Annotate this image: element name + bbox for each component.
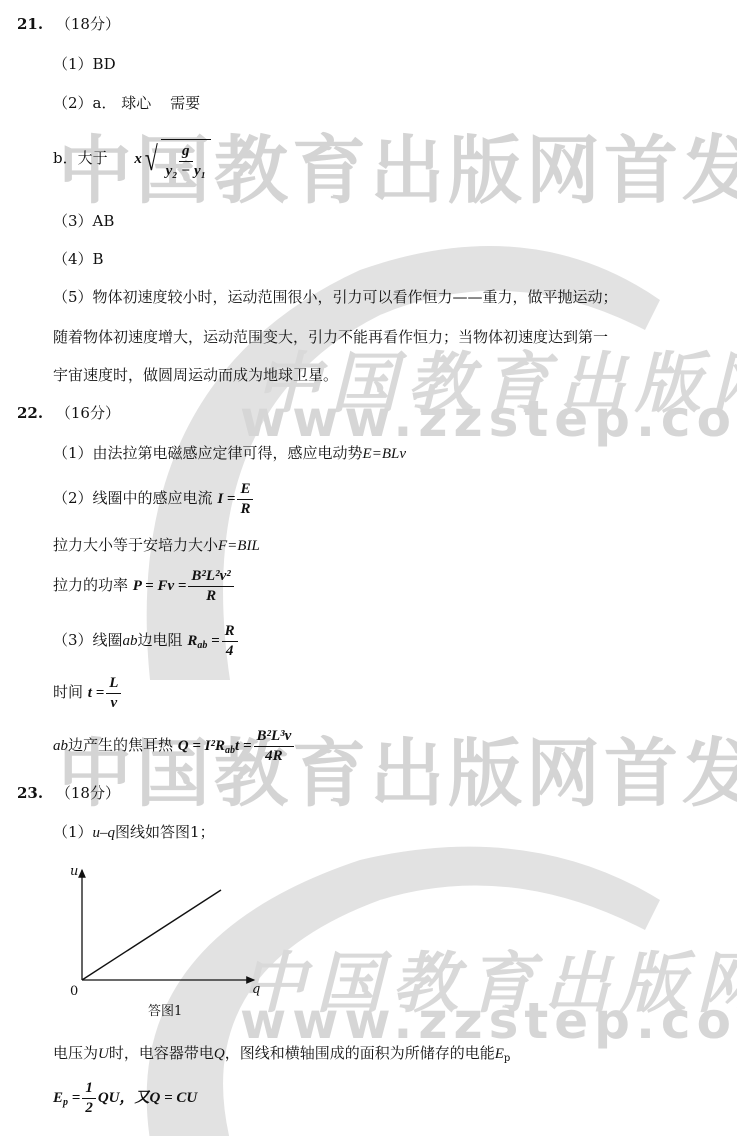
q23-formula-rest: QU，又Q = CU	[98, 1090, 197, 1106]
q23-points: （18分）	[56, 784, 120, 802]
frac-den: R	[203, 587, 219, 606]
q22-part3-text2: 边电阻	[138, 631, 183, 649]
q22-part2c-frac: B²L²v²R	[188, 567, 233, 606]
q22-part3b: 时间 t =Lv	[53, 672, 123, 713]
energy-u: U	[98, 1046, 109, 1062]
answer-document: 21. （18分） （1）BD （2）a． 球心 需要 b．大于 x√gy₂ −…	[0, 0, 737, 1136]
frac-den: 4	[223, 642, 237, 661]
x-axis-label: q	[252, 982, 260, 997]
q23-formula-lhs: Ep =	[53, 1090, 80, 1106]
q23-formula: Ep =12QU，又Q = CU	[53, 1077, 197, 1123]
q22-part3c-text: 边产生的焦耳热	[68, 736, 173, 754]
sqrt-icon: √gy₂ − y₁	[142, 139, 211, 181]
q22-part1-formula: E=BLv	[363, 446, 406, 462]
chart-caption: 答图1	[148, 1000, 182, 1019]
frac-num: L	[106, 674, 121, 694]
q22-part3b-text: 时间	[53, 683, 83, 701]
uq-line	[82, 890, 221, 980]
energy-ep: E	[495, 1046, 504, 1062]
q23-part1-var: u–q	[93, 825, 116, 841]
frac-den: R	[237, 500, 253, 519]
q22-part3-frac: R4	[222, 622, 238, 661]
formula-x: x	[134, 151, 142, 167]
q21-part2b-label: b．大于	[53, 149, 108, 167]
q22-part3b-lhs: t =	[88, 685, 104, 701]
q22-part2-text: （2）线圈中的感应电流	[53, 489, 213, 507]
q22-part3c-frac: B²L³v4R	[254, 727, 295, 766]
energy-ep-sub: p	[504, 1053, 510, 1064]
q22-part2c: 拉力的功率 P = Fv =B²L²v²R	[53, 565, 236, 606]
q21-part5-line1: （5）物体初速度较小时，运动范围很小，引力可以看作恒力——重力，做平抛运动；	[53, 287, 618, 307]
q21-part5-line3: 宇宙速度时，做圆周运动而成为地球卫星。	[53, 365, 338, 385]
q21-part4: （4）B	[53, 249, 104, 269]
q21-part2b: b．大于 x√gy₂ − y₁	[53, 138, 211, 181]
q-lhs: Q = I²R	[178, 738, 225, 754]
q-mid: t =	[235, 738, 251, 754]
q21-header: 21. （18分）	[17, 14, 120, 34]
q22-part2c-text: 拉力的功率	[53, 576, 128, 594]
energy-text-b: 时，电容器带电	[109, 1044, 214, 1062]
q22-part3c-ab: ab	[53, 738, 68, 754]
q21-part2a-answer1: 球心	[121, 94, 151, 112]
q22-part3b-frac: Lv	[106, 674, 121, 713]
q22-part2b-text: 拉力大小等于安培力大小	[53, 536, 218, 554]
q21-part5-line2: 随着物体初速度增大，运动范围变大，引力不能再看作恒力；当物体初速度达到第一	[53, 327, 608, 347]
q22-part2c-lhs: P = Fv =	[133, 578, 187, 594]
energy-text-c: ，图线和横轴围成的面积为所储存的电能	[225, 1044, 495, 1062]
q23-formula-frac: 12	[82, 1079, 96, 1118]
y-axis-label: u	[70, 864, 78, 879]
frac-num: B²L²v²	[188, 567, 233, 587]
energy-text-a: 电压为	[53, 1044, 98, 1062]
q22-part1-text: （1）由法拉第电磁感应定律可得，感应电动势	[53, 444, 363, 462]
q22-part1: （1）由法拉第电磁感应定律可得，感应电动势E=BLv	[53, 443, 406, 464]
ep-sub: p	[63, 1097, 68, 1108]
q22-part2b-formula: F=BIL	[218, 538, 260, 554]
equals: =	[211, 633, 220, 649]
q22-header: 22. （16分）	[17, 403, 120, 423]
q22-part3: （3）线圈ab边电阻 Rab =R4	[53, 620, 240, 666]
equals: =	[72, 1090, 81, 1106]
uq-chart-plot	[62, 862, 272, 1012]
q22-points: （16分）	[56, 404, 120, 422]
frac-den: 4R	[262, 747, 286, 766]
q22-part3-ab: ab	[123, 633, 138, 649]
frac-den: v	[108, 694, 121, 713]
uq-chart: u 0 q 答图1	[62, 862, 272, 1016]
q21-part1: （1）BD	[53, 54, 116, 74]
q22-part2-frac: ER	[237, 480, 253, 519]
q21-part3: （3）AB	[53, 211, 114, 231]
q22-part2b: 拉力大小等于安培力大小F=BIL	[53, 535, 260, 556]
q23-energy-text: 电压为U时，电容器带电Q，图线和横轴围成的面积为所储存的电能Ep	[53, 1043, 510, 1069]
frac-num: 1	[82, 1079, 96, 1099]
q22-part2-lhs: I =	[217, 491, 235, 507]
q23-number: 23.	[17, 784, 43, 802]
q23-part1-prefix: （1）	[53, 823, 93, 841]
frac-num: R	[222, 622, 238, 642]
rab-sub: ab	[197, 640, 207, 651]
q23-header: 23. （18分）	[17, 783, 120, 803]
q23-part1-text: 图线如答图1；	[115, 823, 215, 841]
formula-num: g	[179, 142, 193, 162]
q21-part2a-label: （2）a．	[53, 94, 117, 112]
rab-sub: ab	[225, 745, 235, 756]
origin-label: 0	[70, 984, 78, 999]
q22-part3-lhs: Rab =	[187, 633, 219, 649]
energy-q: Q	[214, 1046, 225, 1062]
q21-number: 21.	[17, 15, 43, 33]
q22-number: 22.	[17, 404, 43, 422]
q21-points: （18分）	[56, 15, 120, 33]
q21-part2a: （2）a． 球心 需要	[53, 93, 200, 113]
frac-num: E	[237, 480, 253, 500]
q22-part3-text: （3）线圈	[53, 631, 123, 649]
frac-den: 2	[82, 1099, 96, 1118]
q21-part2a-answer2: 需要	[170, 94, 200, 112]
q22-part2: （2）线圈中的感应电流 I =ER	[53, 478, 255, 519]
q22-part3c-lhs: Q = I²Rabt =	[178, 738, 252, 754]
q23-part1: （1）u–q图线如答图1；	[53, 822, 215, 843]
formula-den: y₂ − y₁	[163, 162, 209, 181]
frac-num: B²L³v	[254, 727, 295, 747]
ep-symbol: E	[53, 1090, 63, 1106]
rab-symbol: R	[187, 633, 197, 649]
q21-part2b-formula: x√gy₂ − y₁	[134, 151, 211, 167]
q22-part3c: ab边产生的焦耳热 Q = I²Rabt =B²L³v4R	[53, 725, 296, 771]
